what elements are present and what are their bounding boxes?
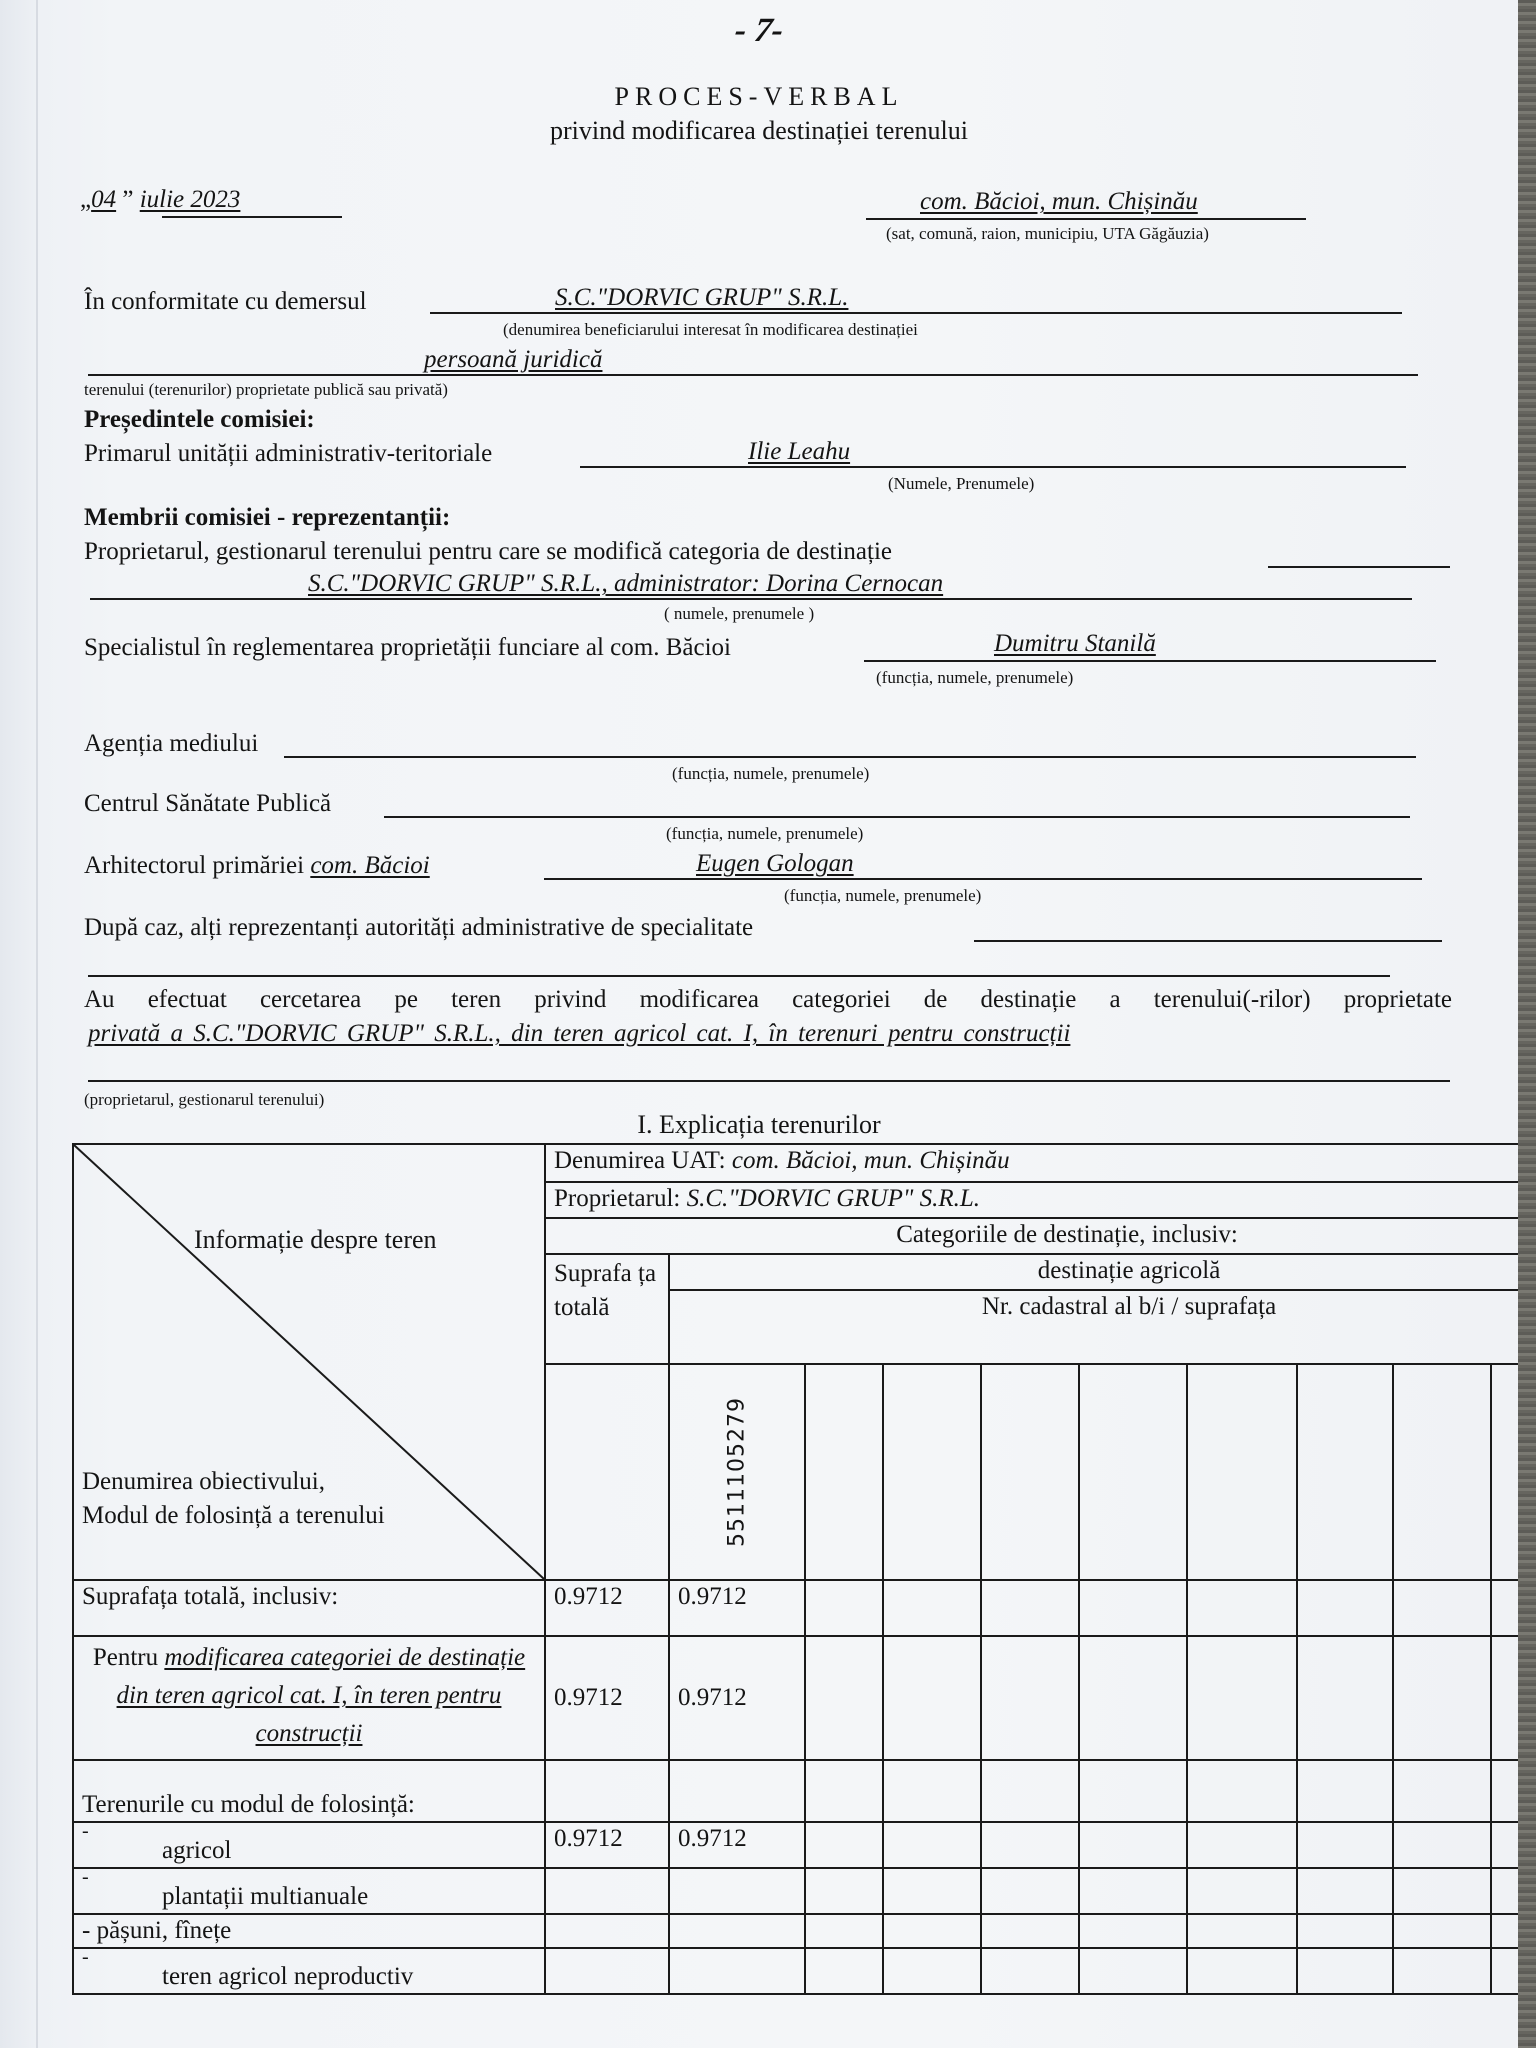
- diagonal-top-label: Informație despre teren: [194, 1225, 437, 1255]
- architect-label-text: Arhitectorul primăriei: [84, 852, 304, 879]
- row-value-cell: [1393, 1914, 1491, 1948]
- row-value-cell: 0.9712: [669, 1636, 805, 1760]
- row-value-cell: [883, 1760, 981, 1822]
- row-label-text: Suprafața totală, inclusiv:: [82, 1583, 338, 1610]
- row-value-cell: [1079, 1760, 1187, 1822]
- row-value-cell: [1187, 1914, 1297, 1948]
- president-value: Ilie Leahu: [748, 438, 850, 466]
- owner-row: Proprietarul: S.C."DORVIC GRUP" S.R.L.: [545, 1182, 1536, 1218]
- uat-label: Denumirea UAT:: [554, 1147, 732, 1174]
- agricultural-header: destinație agricolă: [669, 1254, 1536, 1290]
- environment-hint: (funcția, numele, prenumele): [672, 764, 869, 784]
- architect-value: Eugen Gologan: [696, 850, 854, 878]
- president-hint: (Numele, Prenumele): [888, 474, 1034, 494]
- row-value-cell: [981, 1948, 1079, 1994]
- row-total-area: [545, 1760, 669, 1822]
- row-value-cell: [883, 1948, 981, 1994]
- specialist-value: Dumitru Stanilă: [994, 630, 1156, 658]
- row-value-cell: [981, 1760, 1079, 1822]
- health-label: Centrul Sănătate Publică: [84, 790, 331, 818]
- row-value-cell: [1297, 1760, 1393, 1822]
- cadastral-number: 5511105279: [725, 1397, 750, 1547]
- row-value-cell: [805, 1580, 883, 1636]
- row-total-area: [545, 1948, 669, 1994]
- quote-close: ”: [122, 186, 133, 213]
- row-label-text: agricol: [82, 1837, 231, 1864]
- diagonal-bottom-line-1: Denumirea obiectivului,: [82, 1465, 385, 1499]
- row-value-cell: 0.9712: [669, 1580, 805, 1636]
- total-area-header: Suprafa ța totală: [545, 1254, 669, 1364]
- row-value-cell: [805, 1868, 883, 1914]
- cadastral-cell: [981, 1364, 1079, 1580]
- cadastral-cell: [1079, 1364, 1187, 1580]
- president-heading: Președintele comisiei:: [84, 406, 315, 434]
- uat-row: Denumirea UAT: com. Băcioi, mun. Chișină…: [545, 1144, 1536, 1182]
- row-value-cell: [883, 1580, 981, 1636]
- demers-value2-text: persoană juridică: [424, 346, 602, 373]
- demers-hint2: terenului (terenurilor) proprietate publ…: [84, 380, 448, 400]
- architect-place: com. Băcioi: [310, 852, 429, 879]
- row-value-cell: [883, 1914, 981, 1948]
- row-value-cell: [1079, 1822, 1187, 1868]
- location-text: com. Băcioi, mun. Chișinău: [920, 188, 1198, 215]
- health-hint: (funcția, numele, prenumele): [666, 824, 863, 844]
- row-value-cell: [1393, 1636, 1491, 1760]
- row-value-cell: [805, 1760, 883, 1822]
- date-month-year: iulie 2023: [140, 186, 241, 213]
- location-hint: (sat, comună, raion, municipiu, UTA Găgă…: [886, 224, 1209, 244]
- row-value-cell: [1079, 1580, 1187, 1636]
- cadastral-cell: [805, 1364, 883, 1580]
- row-value-cell: [1079, 1636, 1187, 1760]
- cadastral-cell: [1187, 1364, 1297, 1580]
- row-dash: -: [82, 1951, 536, 1963]
- row-label-text: - pășuni, fînețe: [82, 1917, 231, 1944]
- row-value-cell: [1187, 1948, 1297, 1994]
- row-value-cell: [669, 1868, 805, 1914]
- row-label: Terenurile cu modul de folosință:: [73, 1760, 545, 1822]
- row-value-cell: [1079, 1948, 1187, 1994]
- row-value-cell: [1297, 1580, 1393, 1636]
- quote-open: „: [80, 186, 91, 213]
- row-value-cell: [1187, 1868, 1297, 1914]
- row-label-text: teren agricol neproductiv: [82, 1963, 413, 1990]
- specialist-value-text: Dumitru Stanilă: [994, 630, 1156, 657]
- page-number: - 7-: [732, 12, 785, 50]
- table-row: Pentru modificarea categoriei de destina…: [73, 1636, 1536, 1760]
- row-total-area: 0.9712: [545, 1822, 669, 1868]
- row-value-cell: 0.9712: [669, 1822, 805, 1868]
- row-label: -teren agricol neproductiv: [73, 1948, 545, 1994]
- architect-label: Arhitectorul primăriei com. Băcioi: [84, 852, 430, 880]
- row-value-cell: [1187, 1580, 1297, 1636]
- row-total-area: [545, 1868, 669, 1914]
- row-value-cell: [1187, 1822, 1297, 1868]
- land-explanation-table: Informație despre teren Denumirea obiect…: [72, 1143, 1536, 1995]
- row-value-cell: [1297, 1636, 1393, 1760]
- row-value-cell: [1187, 1636, 1297, 1760]
- cadastral-cell: [1393, 1364, 1491, 1580]
- cadastral-cell: [1297, 1364, 1393, 1580]
- categories-header: Categoriile de destinație, inclusiv:: [545, 1218, 1536, 1254]
- research-value: privată a S.C."DORVIC GRUP" S.R.L., din …: [88, 1020, 1452, 1048]
- row-value-cell: [669, 1948, 805, 1994]
- diagonal-bottom-label: Denumirea obiectivului, Modul de folosin…: [82, 1465, 385, 1533]
- row-total-area: 0.9712: [545, 1580, 669, 1636]
- row-value-cell: [981, 1636, 1079, 1760]
- row-value-cell: [981, 1914, 1079, 1948]
- row-value-cell: [1393, 1760, 1491, 1822]
- background-stone: [1518, 0, 1536, 2048]
- row-label-text: Terenurile cu modul de folosință:: [82, 1791, 415, 1818]
- row-value-cell: [805, 1636, 883, 1760]
- diagonal-bottom-line-2: Modul de folosință a terenului: [82, 1499, 385, 1533]
- table-row: -teren agricol neproductiv: [73, 1948, 1536, 1994]
- row-label: - pășuni, fînețe: [73, 1914, 545, 1948]
- table-owner-value: S.C."DORVIC GRUP" S.R.L.: [687, 1185, 980, 1212]
- table-row: Terenurile cu modul de folosință:: [73, 1760, 1536, 1822]
- research-hint: (proprietarul, gestionarul terenului): [84, 1090, 324, 1110]
- demers-value-text: S.C."DORVIC GRUP" S.R.L.: [555, 284, 848, 311]
- table-row: -plantații multianuale: [73, 1868, 1536, 1914]
- date-day: 04: [91, 186, 116, 213]
- row-label-underlined: modificarea categoriei de destinație din…: [117, 1644, 526, 1747]
- section-title: I. Explicația terenurilor: [0, 1110, 1518, 1140]
- row-value-cell: [1297, 1822, 1393, 1868]
- row-value-cell: [981, 1868, 1079, 1914]
- row-value-cell: [805, 1822, 883, 1868]
- row-value-cell: [1393, 1580, 1491, 1636]
- row-value-cell: [1187, 1760, 1297, 1822]
- row-value-cell: [1297, 1948, 1393, 1994]
- row-dash: -: [82, 1871, 536, 1883]
- row-label: Pentru modificarea categoriei de destina…: [73, 1636, 545, 1760]
- row-value-cell: [1079, 1868, 1187, 1914]
- president-label: Primarul unității administrativ-teritori…: [84, 440, 492, 468]
- table-row: - pășuni, fînețe: [73, 1914, 1536, 1948]
- diagonal-header-cell: Informație despre teren Denumirea obiect…: [73, 1144, 545, 1580]
- location-value: com. Băcioi, mun. Chișinău: [920, 188, 1198, 216]
- environment-label: Agenția mediului: [84, 730, 258, 758]
- row-value-cell: [981, 1822, 1079, 1868]
- row-total-area: 0.9712: [545, 1636, 669, 1760]
- research-text: Au efectuat cercetarea pe teren privind …: [84, 986, 1452, 1014]
- row-total-area: [545, 1914, 669, 1948]
- architect-value-text: Eugen Gologan: [696, 850, 854, 877]
- specialist-hint: (funcția, numele, prenumele): [876, 668, 1073, 688]
- row-value-cell: [805, 1948, 883, 1994]
- table-row: Suprafața totală, inclusiv:0.97120.9712: [73, 1580, 1536, 1636]
- specialist-label: Specialistul în reglementarea proprietăț…: [84, 634, 731, 662]
- owner-label: Proprietarul, gestionarul terenului pent…: [84, 538, 892, 566]
- demers-value: S.C."DORVIC GRUP" S.R.L.: [555, 284, 848, 312]
- demers-label: În conformitate cu demersul: [84, 288, 367, 316]
- research-value-text: privată a S.C."DORVIC GRUP" S.R.L., din …: [88, 1020, 1070, 1047]
- row-value-cell: [669, 1760, 805, 1822]
- row-dash: -: [82, 1825, 536, 1837]
- members-heading: Membrii comisiei - reprezentanții:: [84, 504, 450, 532]
- document-subtitle: privind modificarea destinației terenulu…: [0, 116, 1518, 146]
- uat-value: com. Băcioi, mun. Chișinău: [732, 1147, 1010, 1174]
- demers-value2: persoană juridică: [424, 346, 602, 374]
- row-label-text: plantații multianuale: [82, 1883, 368, 1910]
- row-label: -plantații multianuale: [73, 1868, 545, 1914]
- cadastral-cell: [883, 1364, 981, 1580]
- row-label-prefix: Pentru: [93, 1644, 165, 1671]
- owner-value-text: S.C."DORVIC GRUP" S.R.L., administrator:…: [308, 570, 943, 597]
- row-value-cell: [1079, 1914, 1187, 1948]
- row-value-cell: [1297, 1868, 1393, 1914]
- architect-hint: (funcția, numele, prenumele): [784, 886, 981, 906]
- owner-hint: ( numele, prenumele ): [664, 604, 814, 624]
- empty-total-cell: [545, 1364, 669, 1580]
- document-page: - 7- PROCES-VERBAL privind modificarea d…: [0, 0, 1518, 2048]
- table-owner-label: Proprietarul:: [554, 1185, 687, 1212]
- cadastral-cell: 5511105279: [669, 1364, 805, 1580]
- demers-hint: (denumirea beneficiarului interesat în m…: [503, 320, 918, 340]
- row-value-cell: [883, 1636, 981, 1760]
- row-value-cell: [1393, 1868, 1491, 1914]
- row-label: -agricol: [73, 1822, 545, 1868]
- row-value-cell: [1393, 1948, 1491, 1994]
- owner-value: S.C."DORVIC GRUP" S.R.L., administrator:…: [308, 570, 943, 598]
- row-value-cell: [981, 1580, 1079, 1636]
- row-value-cell: [669, 1914, 805, 1948]
- row-value-cell: [883, 1868, 981, 1914]
- row-value-cell: [1297, 1914, 1393, 1948]
- cadastral-header: Nr. cadastral al b/i / suprafața: [669, 1290, 1536, 1364]
- date-field: „04 ” iulie 2023: [80, 186, 240, 214]
- row-value-cell: [1393, 1822, 1491, 1868]
- document-title: PROCES-VERBAL: [0, 82, 1518, 112]
- page-edge: [36, 0, 38, 2048]
- table-row: -agricol0.97120.9712: [73, 1822, 1536, 1868]
- president-value-text: Ilie Leahu: [748, 438, 850, 465]
- row-value-cell: [883, 1822, 981, 1868]
- row-label: Suprafața totală, inclusiv:: [73, 1580, 545, 1636]
- row-value-cell: [805, 1914, 883, 1948]
- others-label: După caz, alți reprezentanți autorități …: [84, 914, 753, 942]
